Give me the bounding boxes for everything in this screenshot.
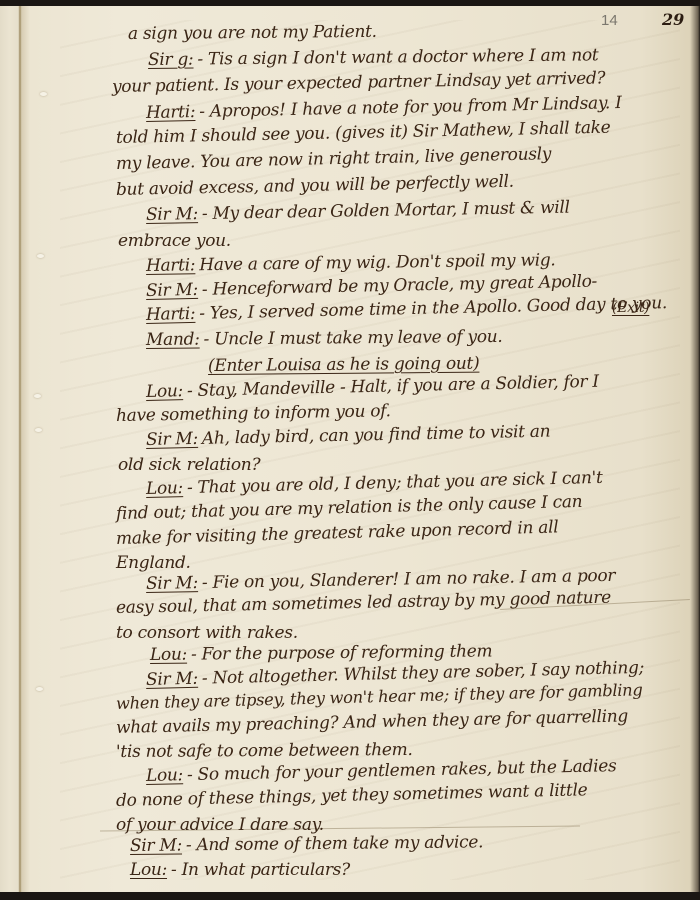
text-line: Sir M:- And some of them take my advice. [130,832,483,856]
text-line: Lou:- Stay, Mandeville - Halt, if you ar… [146,372,599,402]
text-line: of your advice I dare say. [116,815,324,835]
text-line: but avoid excess, and you will be perfec… [116,172,514,200]
text-line: your patient. Is your expected partner L… [112,68,606,97]
text-line: Mand:- Uncle I must take my leave of you… [146,327,503,350]
text-line: old sick relation? [118,455,260,475]
exit-stage-direction: (Exit) [612,300,649,316]
text-line: what avails my preaching? And when they … [116,706,628,738]
text-line: to consort with rakes. [116,623,298,643]
text-line: England. [116,553,191,573]
text-line: Sir M:- My dear dear Golden Mortar, I mu… [146,198,570,225]
stage-direction: (Enter Louisa as he is going out) [208,354,480,376]
text-line: Sir M:Ah, lady bird, can you find time t… [146,422,551,450]
text-line: Harti:Have a care of my wig. Don't spoil… [146,250,556,276]
text-line: embrace you. [118,231,231,251]
text-line: my leave. You are now in right train, li… [116,144,552,174]
text-line: Lou:- For the purpose of reforming them [150,641,493,665]
text-line: have something to inform you of. [116,401,391,426]
text-line: Sir g:- Tis a sign I don't want a doctor… [148,45,599,70]
text-line: a sign you are not my Patient. [128,22,377,44]
text-line: 'tis not safe to come between them. [116,740,413,762]
text-line: Lou:- In what particulars? [130,860,350,880]
manuscript-text: a sign you are not my Patient. Sir g:- T… [0,0,700,900]
